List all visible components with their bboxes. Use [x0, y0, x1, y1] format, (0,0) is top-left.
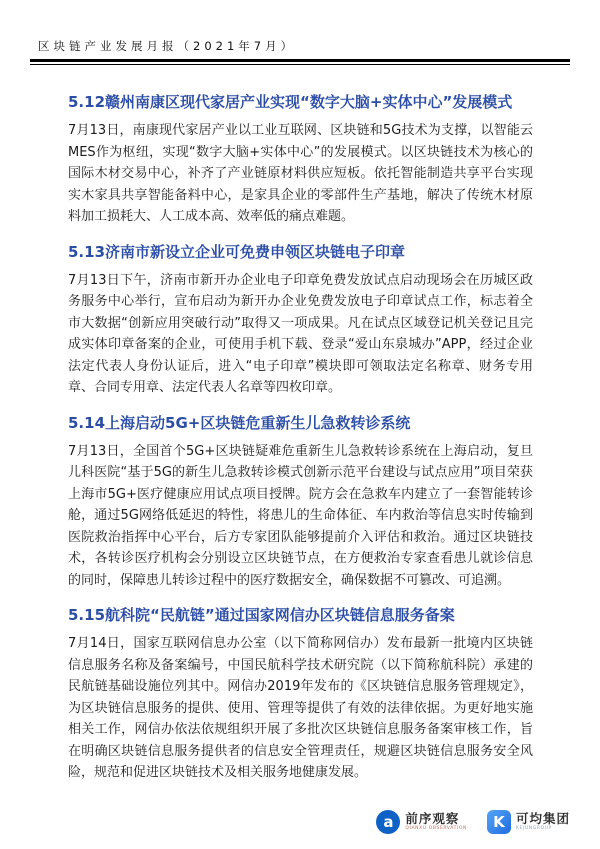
kejun-logo-subtext: KEJUNGROUP: [516, 827, 570, 832]
section-body-5-14: 7月13日，全国首个5G+区块链疑难危重新生儿急救转诊系统在上海启动，复旦儿科医…: [68, 441, 533, 592]
kejun-logo-name: 可均集团: [516, 812, 570, 826]
report-page: { "page": { "header_title": "区块链产业发展月报（2…: [0, 0, 600, 849]
section-heading-5-15: 5.15航科院“民航链”通过国家网信办区块链信息服务备案: [68, 607, 533, 624]
qianxu-logo-icon: a: [376, 810, 400, 834]
kejun-group-logo: K 可均集团 KEJUNGROUP: [487, 810, 570, 834]
report-content: 5.12赣州南康区现代家居产业实现“数字大脑+实体中心”发展模式 7月13日，南…: [68, 94, 533, 784]
qianxu-guancha-logo: a 前序观察 QIANXU OBSERVATION: [376, 810, 467, 834]
section-5-13: 5.13济南市新设立企业可免费申领区块链电子印章 7月13日下午，济南市新开办企…: [68, 244, 533, 399]
section-heading-5-13: 5.13济南市新设立企业可免费申领区块链电子印章: [68, 244, 533, 261]
section-heading-5-12: 5.12赣州南康区现代家居产业实现“数字大脑+实体中心”发展模式: [68, 94, 533, 111]
footer-logos: a 前序观察 QIANXU OBSERVATION K 可均集团 KEJUNGR…: [376, 810, 570, 834]
section-body-5-15: 7月14日，国家互联网信息办公室（以下简称网信办）发布最新一批境内区块链信息服务…: [68, 633, 533, 784]
page-header-title: 区块链产业发展月报（2021年7月）: [38, 38, 570, 54]
section-5-14: 5.14上海启动5G+区块链危重新生儿急救转诊系统 7月13日，全国首个5G+区…: [68, 415, 533, 592]
section-5-12: 5.12赣州南康区现代家居产业实现“数字大脑+实体中心”发展模式 7月13日，南…: [68, 94, 533, 228]
header-rule: [30, 59, 570, 65]
kejun-logo-icon: K: [487, 810, 511, 834]
section-body-5-13: 7月13日下午，济南市新开办企业电子印章免费发放试点启动现场会在历城区政务服务中…: [68, 270, 533, 399]
section-heading-5-14: 5.14上海启动5G+区块链危重新生儿急救转诊系统: [68, 415, 533, 432]
qianxu-logo-subtext: QIANXU OBSERVATION: [405, 827, 467, 832]
section-5-15: 5.15航科院“民航链”通过国家网信办区块链信息服务备案 7月14日，国家互联网…: [68, 607, 533, 784]
qianxu-logo-name: 前序观察: [405, 812, 467, 826]
section-body-5-12: 7月13日，南康现代家居产业以工业互联网、区块链和5G技术为支撑，以智能云MES…: [68, 120, 533, 228]
